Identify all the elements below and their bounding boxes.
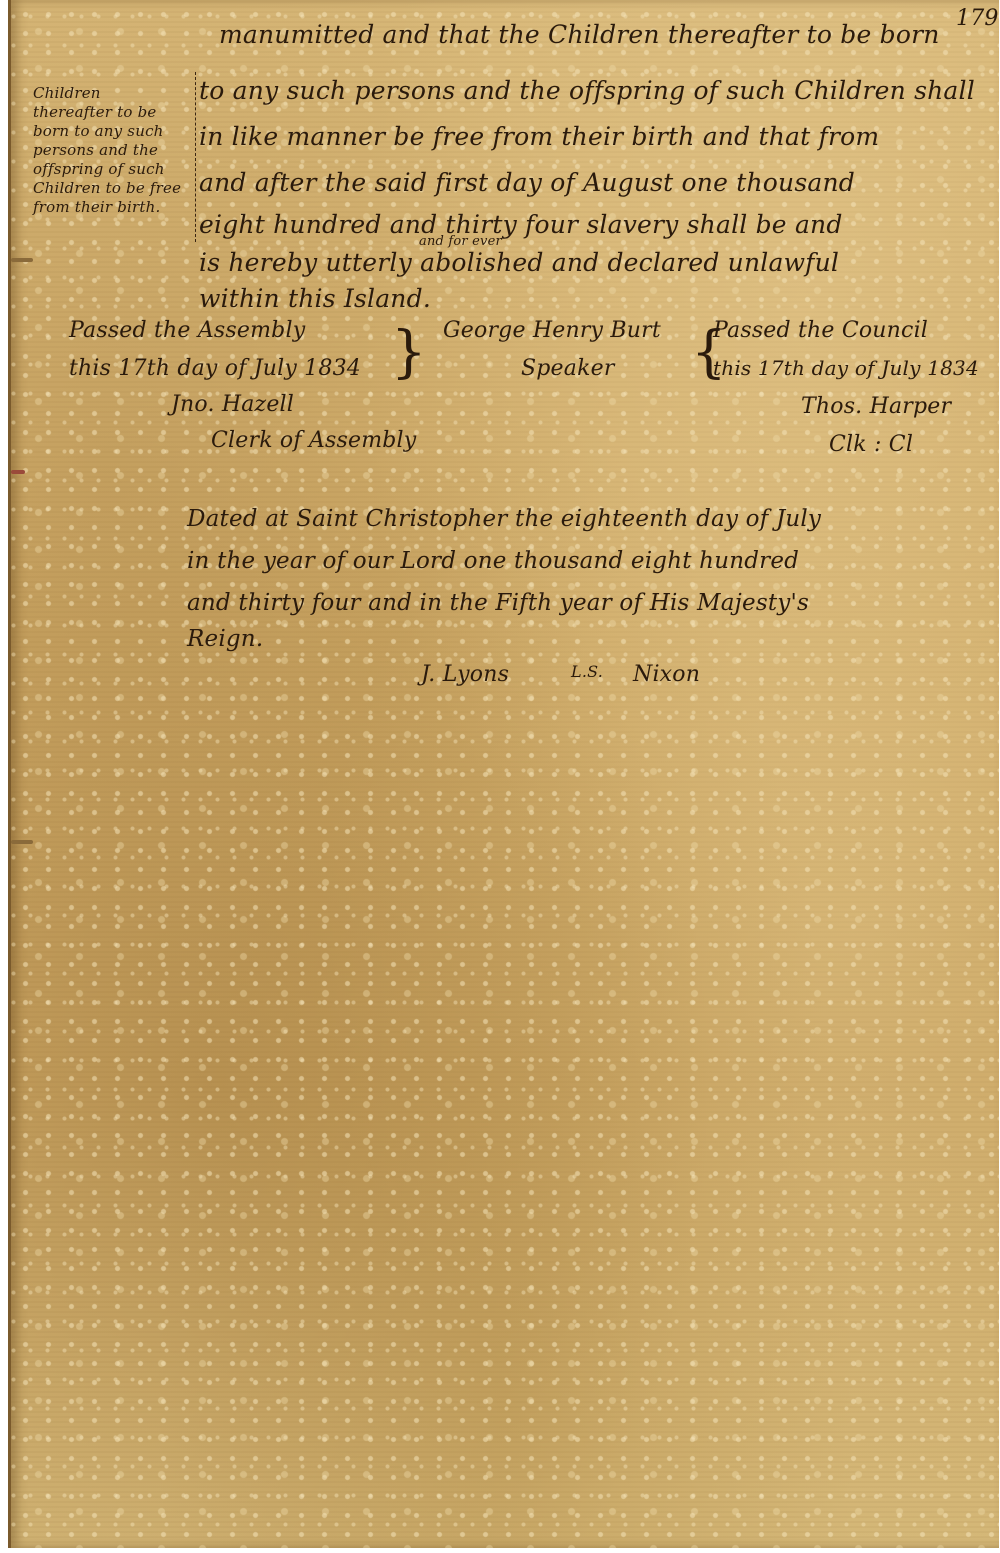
manuscript-page: 179 Children thereafter to be born to an… [8,0,999,1548]
assembly-passed: Passed the Assembly [69,318,305,343]
body-line: in like manner be free from their birth … [199,122,879,151]
body-line: eight hundred and thirty four slavery sh… [199,210,843,239]
page-number: 179 [956,6,999,31]
council-clerk-title: Clk : Cl [829,432,913,457]
council-date: this 17th day of July 1834 [713,356,979,380]
binding-thread [11,840,33,844]
body-line: to any such persons and the offspring of… [199,76,975,105]
speaker-title: Speaker [521,356,615,381]
council-clerk-name: Thos. Harper [801,394,951,419]
body-line: is hereby utterly abolished and declared… [199,248,839,277]
binding-thread [11,470,25,474]
dated-line: in the year of our Lord one thousand eig… [187,548,799,574]
assembly-clerk-title: Clerk of Assembly [211,428,416,453]
speaker-name: George Henry Burt [443,318,661,343]
council-passed: Passed the Council [713,318,928,343]
assembly-clerk-name: Jno. Hazell [171,392,294,417]
seal-mark: L.S. [571,662,603,681]
dated-line: Dated at Saint Christopher the eighteent… [187,506,821,532]
dated-line: and thirty four and in the Fifth year of… [187,590,809,616]
interlinear-insert: and for ever [419,234,502,249]
body-line: manumitted and that the Children thereaf… [219,20,940,49]
margin-note: Children thereafter to be born to any su… [33,84,183,217]
dated-line: Reign. [187,626,263,652]
body-line: and after the said first day of August o… [199,168,855,197]
margin-brace [187,72,196,242]
signature-nixon: Nixon [633,662,700,687]
brace-icon: } [391,320,427,385]
body-line: within this Island. [199,284,431,313]
signature-lyons: J. Lyons [421,662,509,687]
assembly-date: this 17th day of July 1834 [69,356,361,381]
binding-thread [11,258,33,262]
